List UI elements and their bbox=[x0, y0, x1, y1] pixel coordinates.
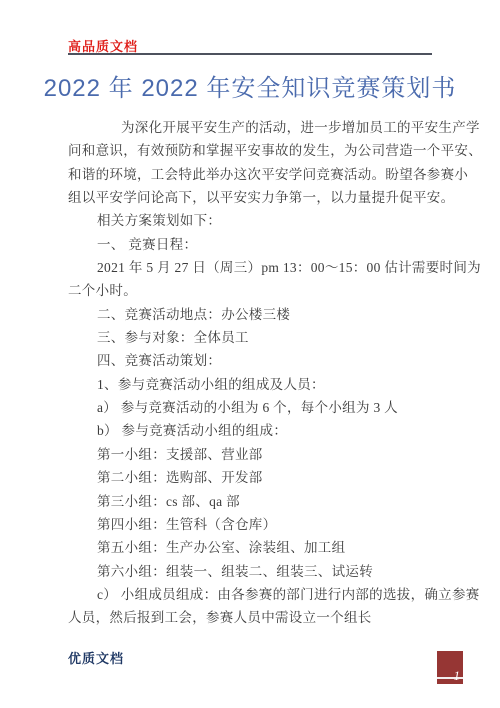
text-line: 第二小组：选购部、开发部 bbox=[68, 466, 438, 489]
text-line: 相关方案策划如下： bbox=[68, 209, 438, 232]
text-line: a） 参与竞赛活动的小组为 6 个，每个小组为 3 人 bbox=[68, 396, 438, 419]
page-number-box: 1 bbox=[437, 651, 463, 684]
text-line: 第一小组：支援部、营业部 bbox=[68, 443, 438, 466]
text-line: 1、参与竞赛活动小组的组成及人员： bbox=[68, 373, 438, 396]
text-line: 问和意识，有效预防和掌握平安事故的发生，为公司营造一个平安、 bbox=[68, 139, 438, 162]
text-line: 为深化开展平安生产的活动，进一步增加员工的平安生产学 bbox=[68, 116, 438, 139]
header-rule bbox=[68, 53, 432, 55]
text-line: 三、参与对象：全体员工 bbox=[68, 326, 438, 349]
page-number: 1 bbox=[454, 669, 461, 682]
text-line: b） 参与竞赛活动小组的组成： bbox=[68, 419, 438, 442]
footer-watermark: 优质文档 bbox=[68, 648, 124, 667]
text-line: 第六小组：组装一、组装二、组装三、试运转 bbox=[68, 560, 438, 583]
text-line: 四、竞赛活动策划： bbox=[68, 349, 438, 372]
text-line: c） 小组成员组成：由各参赛的部门进行内部的选拔，确立参赛 bbox=[68, 583, 438, 606]
text-line: 和谐的环境，工会特此举办这次平安学问竞赛活动。盼望各参赛小 bbox=[68, 163, 438, 186]
text-line: 人员，然后报到工会，参赛人员中需设立一个组长 bbox=[68, 606, 438, 629]
text-line: 第三小组：cs 部、qa 部 bbox=[68, 490, 438, 513]
text-line: 2021 年 5 月 27 日（周三）pm 13：00～15：00 估计需要时间… bbox=[68, 256, 438, 279]
text-line: 二个小时。 bbox=[68, 279, 438, 302]
document-body: 为深化开展平安生产的活动，进一步增加员工的平安生产学问和意识，有效预防和掌握平安… bbox=[68, 116, 438, 630]
document-page: 高品质文档 2022 年 2022 年安全知识竞赛策划书 为深化开展平安生产的活… bbox=[0, 0, 500, 708]
text-line: 二、竞赛活动地点：办公楼三楼 bbox=[68, 303, 438, 326]
text-line: 第四小组：生管科（含仓库） bbox=[68, 513, 438, 536]
text-line: 一、 竞赛日程： bbox=[68, 233, 438, 256]
text-line: 第五小组：生产办公室、涂装组、加工组 bbox=[68, 536, 438, 559]
text-line: 组以平安学问论高下，以平安实力争第一，以力量提升促平安。 bbox=[68, 186, 438, 209]
document-title: 2022 年 2022 年安全知识竞赛策划书 bbox=[40, 68, 460, 103]
